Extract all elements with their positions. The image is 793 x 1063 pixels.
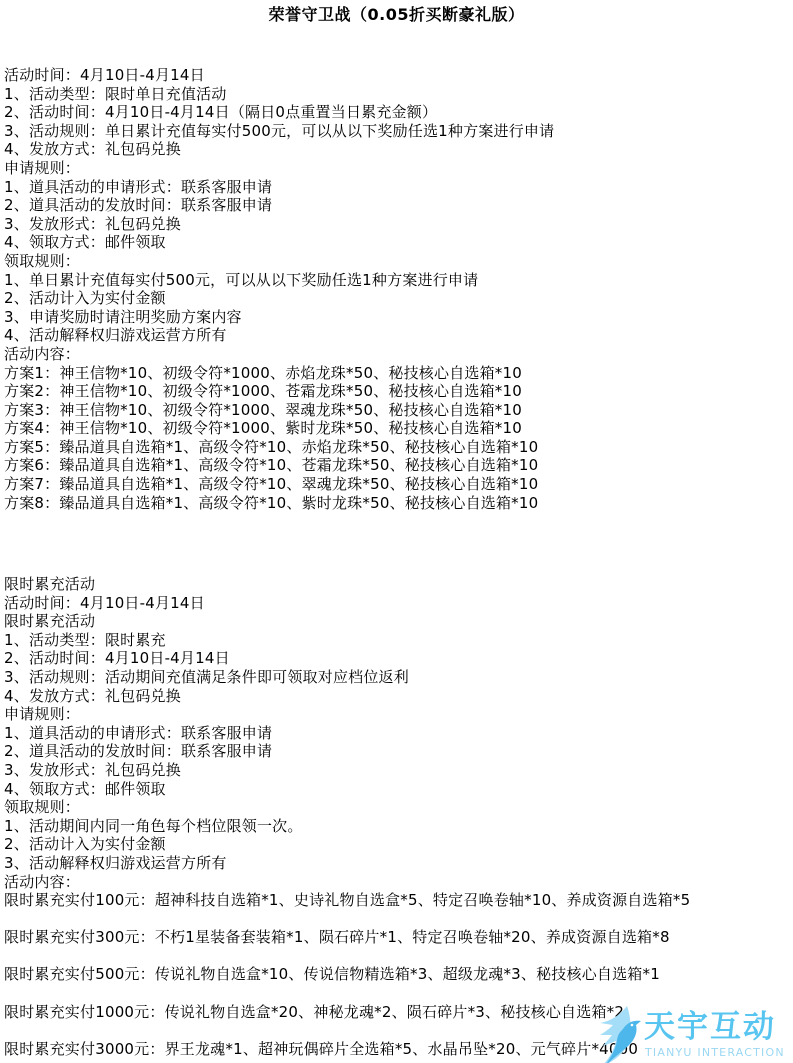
logo-name-chinese: 天宇互动 — [644, 1010, 792, 1044]
tianyu-logo: 天宇互动 TIANYU INTERACTION — [592, 1000, 793, 1063]
bird-swoosh-icon — [596, 1006, 642, 1063]
daily-recharge-activity-text: 活动时间：4月10日-4月14日 1、活动类型：限时单日充值活动 2、活动时间：… — [4, 66, 793, 512]
logo-name-english: TIANYU INTERACTION — [645, 1046, 793, 1059]
document-page: 荣誉守卫战（0.05折买断豪礼版） 活动时间：4月10日-4月14日 1、活动类… — [0, 0, 793, 1063]
cumulative-recharge-activity-text: 限时累充活动 活动时间：4月10日-4月14日 限时累充活动 1、活动类型：限时… — [4, 575, 793, 1058]
page-title: 荣誉守卫战（0.05折买断豪礼版） — [0, 5, 793, 25]
